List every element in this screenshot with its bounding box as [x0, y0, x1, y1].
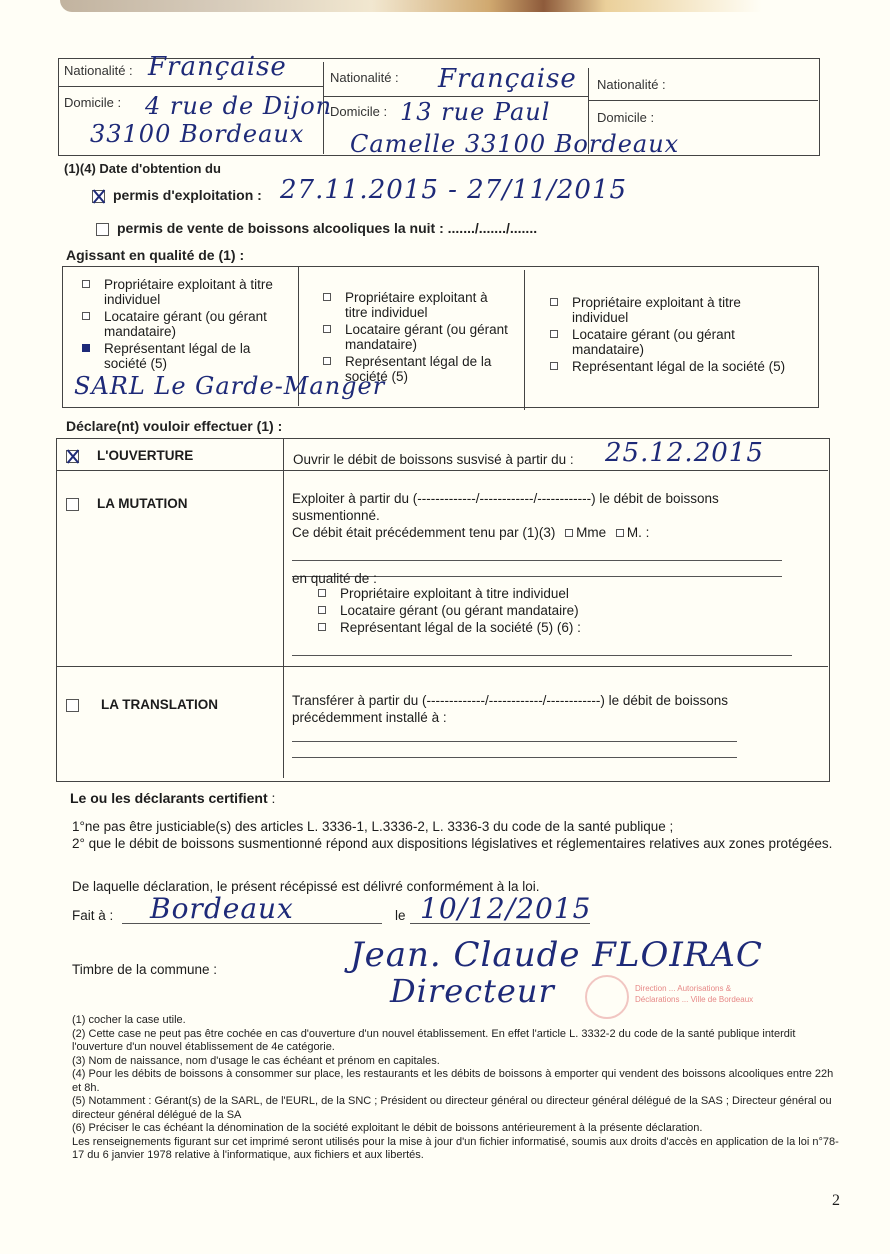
option-proprietaire-3[interactable]: Propriétaire exploitant à titre individu… [550, 295, 800, 325]
checkbox[interactable] [550, 362, 558, 370]
date-value[interactable]: 10/12/2015 [420, 892, 591, 925]
checkbox[interactable] [323, 357, 331, 365]
acting-as-col-1: Propriétaire exploitant à titre individu… [82, 277, 282, 373]
ouverture-checkbox[interactable] [66, 450, 79, 463]
mutation-label: LA MUTATION [97, 496, 187, 511]
m-checkbox[interactable] [616, 529, 624, 537]
option-proprietaire-1[interactable]: Propriétaire exploitant à titre individu… [82, 277, 282, 307]
photo-background-edge [60, 0, 840, 12]
page-number: 2 [832, 1192, 840, 1210]
option-label: Locataire gérant (ou gérant mandataire) [104, 309, 282, 339]
date-label: le [395, 908, 406, 923]
signatory-title: Directeur [390, 972, 555, 1010]
footnote-4: (4) Pour les débits de boissons à consom… [72, 1068, 842, 1095]
certify-body: 1°ne pas être justiciable(s) des article… [72, 818, 837, 852]
checkbox[interactable] [550, 330, 558, 338]
mutation-option-locataire[interactable]: Locataire gérant (ou gérant mandataire) [318, 603, 581, 618]
mutation-option-proprietaire[interactable]: Propriétaire exploitant à titre individu… [318, 586, 581, 601]
acting-as-heading: Agissant en qualité de (1) : [66, 247, 244, 263]
option-label: Locataire gérant (ou gérant mandataire) [345, 322, 513, 352]
mutation-option-representant[interactable]: Représentant légal de la société (5) (6)… [318, 620, 581, 635]
checkbox[interactable] [323, 325, 331, 333]
translation-label: LA TRANSLATION [101, 697, 218, 712]
domicile-label-2: Domicile : [330, 104, 387, 119]
declare-heading: Déclare(nt) vouloir effectuer (1) : [66, 418, 282, 434]
option-locataire-2[interactable]: Locataire gérant (ou gérant mandataire) [323, 322, 513, 352]
footnote-6: (6) Préciser le cas échéant la dénominat… [72, 1122, 842, 1136]
ouverture-text: Ouvrir le débit de boissons susvisé à pa… [293, 452, 574, 467]
certify-p1: 1°ne pas être justiciable(s) des article… [72, 818, 837, 835]
checkbox[interactable] [82, 280, 90, 288]
divider [56, 666, 828, 667]
checkbox[interactable] [82, 312, 90, 320]
mutation-line3-text: Ce débit était précédemment tenu par (1)… [292, 525, 555, 540]
acting-as-col-3: Propriétaire exploitant à titre individu… [550, 295, 800, 376]
checkbox[interactable] [323, 293, 331, 301]
nationality-label-3: Nationalité : [597, 77, 666, 92]
option-representant-2[interactable]: Représentant légal de la société (5) [323, 354, 513, 384]
certify-heading-text: Le ou les déclarants certifient [70, 790, 268, 806]
divider [56, 470, 828, 471]
option-representant-1[interactable]: Représentant légal de la société (5) [82, 341, 282, 371]
certify-heading: Le ou les déclarants certifient : [70, 790, 275, 806]
stamp-label: Timbre de la commune : [72, 962, 217, 977]
permit-exploitation-checkbox[interactable] [92, 190, 105, 203]
option-label: Propriétaire exploitant à titre individu… [340, 586, 569, 601]
option-proprietaire-2[interactable]: Propriétaire exploitant à titre individu… [323, 290, 513, 320]
translation-line1: Transférer à partir du (-------------/--… [292, 692, 812, 709]
divider [283, 438, 284, 778]
translation-line2: précédemment installé à : [292, 709, 812, 726]
translation-blank-line-2[interactable] [292, 757, 737, 758]
translation-checkbox[interactable] [66, 699, 79, 712]
footnote-1: (1) cocher la case utile. [72, 1014, 842, 1028]
checkbox-checked[interactable] [82, 344, 90, 352]
ouverture-option[interactable]: L'OUVERTURE [66, 448, 193, 463]
footnote-3: (3) Nom de naissance, nom d'usage le cas… [72, 1055, 842, 1069]
mutation-line2: susmentionné. [292, 507, 812, 524]
mutation-options: Propriétaire exploitant à titre individu… [318, 586, 581, 637]
permit-exploitation-date[interactable]: 27.11.2015 - 27/11/2015 [280, 175, 627, 205]
option-label: Représentant légal de la société (5) (6)… [340, 620, 581, 635]
stamp-emblem-icon [585, 975, 629, 1019]
domicile-label-1: Domicile : [64, 95, 121, 110]
m-label: M. : [627, 525, 650, 540]
option-label: Locataire gérant (ou gérant mandataire) [340, 603, 579, 618]
domicile-label-3: Domicile : [597, 110, 654, 125]
fait-label: Fait à : [72, 908, 113, 923]
nationality-label-2: Nationalité : [330, 70, 399, 85]
nationality-label-1: Nationalité : [64, 63, 133, 78]
checkbox[interactable] [318, 623, 326, 631]
permit-night-sale-label: permis de vente de boissons alcooliques … [117, 220, 537, 236]
ouverture-date[interactable]: 25.12.2015 [605, 438, 764, 468]
footnote-2: (2) Cette case ne peut pas être cochée e… [72, 1028, 842, 1055]
checkbox[interactable] [318, 589, 326, 597]
divider [524, 270, 525, 410]
domicile-value-2b[interactable]: Camelle 33100 Bordeaux [350, 130, 679, 158]
mutation-blank-line-3[interactable] [292, 655, 792, 656]
permit-night-sale-checkbox[interactable] [96, 223, 109, 236]
translation-text: Transférer à partir du (-------------/--… [292, 692, 812, 726]
mme-checkbox[interactable] [565, 529, 573, 537]
option-label: Représentant légal de la société (5) [572, 359, 785, 374]
mutation-text: Exploiter à partir du (-------------/---… [292, 490, 812, 541]
mutation-checkbox[interactable] [66, 498, 79, 511]
certify-p2: 2° que le débit de boissons susmentionné… [72, 835, 837, 852]
option-label: Propriétaire exploitant à titre individu… [104, 277, 282, 307]
option-label: Locataire gérant (ou gérant mandataire) [572, 327, 800, 357]
translation-blank-line-1[interactable] [292, 741, 737, 742]
domicile-value-1a[interactable]: 4 rue de Dijon [145, 92, 332, 120]
domicile-value-2a[interactable]: 13 rue Paul [400, 98, 550, 126]
divider [588, 100, 818, 101]
option-label: Représentant légal de la société (5) [104, 341, 282, 371]
privacy-notice: Les renseignements figurant sur cet impr… [72, 1136, 842, 1163]
option-locataire-1[interactable]: Locataire gérant (ou gérant mandataire) [82, 309, 282, 339]
mutation-line3: Ce débit était précédemment tenu par (1)… [292, 524, 812, 541]
fait-value[interactable]: Bordeaux [150, 892, 294, 925]
divider [58, 86, 323, 87]
acting-as-col-2: Propriétaire exploitant à titre individu… [323, 290, 513, 386]
permit-night-sale: permis de vente de boissons alcooliques … [96, 220, 537, 236]
mutation-blank-line-1[interactable] [292, 560, 782, 561]
option-label: Propriétaire exploitant à titre individu… [345, 290, 513, 320]
mutation-option[interactable]: LA MUTATION [66, 496, 187, 511]
mutation-en-qualite: en qualité de : [292, 571, 377, 586]
checkbox[interactable] [318, 606, 326, 614]
option-representant-3[interactable]: Représentant légal de la société (5) [550, 359, 800, 374]
nationality-value-2[interactable]: Française [438, 64, 577, 94]
domicile-value-1b[interactable]: 33100 Bordeaux [90, 120, 304, 148]
certify-heading-suffix: : [268, 790, 276, 806]
permit-exploitation: permis d'exploitation : [92, 187, 262, 203]
stamp-text: Direction ... Autorisations & Déclaratio… [635, 983, 775, 1005]
mutation-line1: Exploiter à partir du (-------------/---… [292, 490, 812, 507]
checkbox[interactable] [550, 298, 558, 306]
permit-exploitation-label: permis d'exploitation : [113, 187, 262, 203]
option-label: Représentant légal de la société (5) [345, 354, 513, 384]
divider [323, 96, 588, 97]
nationality-value-1[interactable]: Française [148, 52, 287, 82]
option-label: Propriétaire exploitant à titre individu… [572, 295, 800, 325]
option-locataire-3[interactable]: Locataire gérant (ou gérant mandataire) [550, 327, 800, 357]
ouverture-label: L'OUVERTURE [97, 448, 193, 463]
translation-option[interactable]: LA TRANSLATION [66, 697, 218, 712]
mme-label: Mme [576, 525, 606, 540]
footnotes: (1) cocher la case utile. (2) Cette case… [72, 1014, 842, 1163]
permits-heading: (1)(4) Date d'obtention du [64, 161, 221, 176]
footnote-5: (5) Notamment : Gérant(s) de la SARL, de… [72, 1095, 842, 1122]
